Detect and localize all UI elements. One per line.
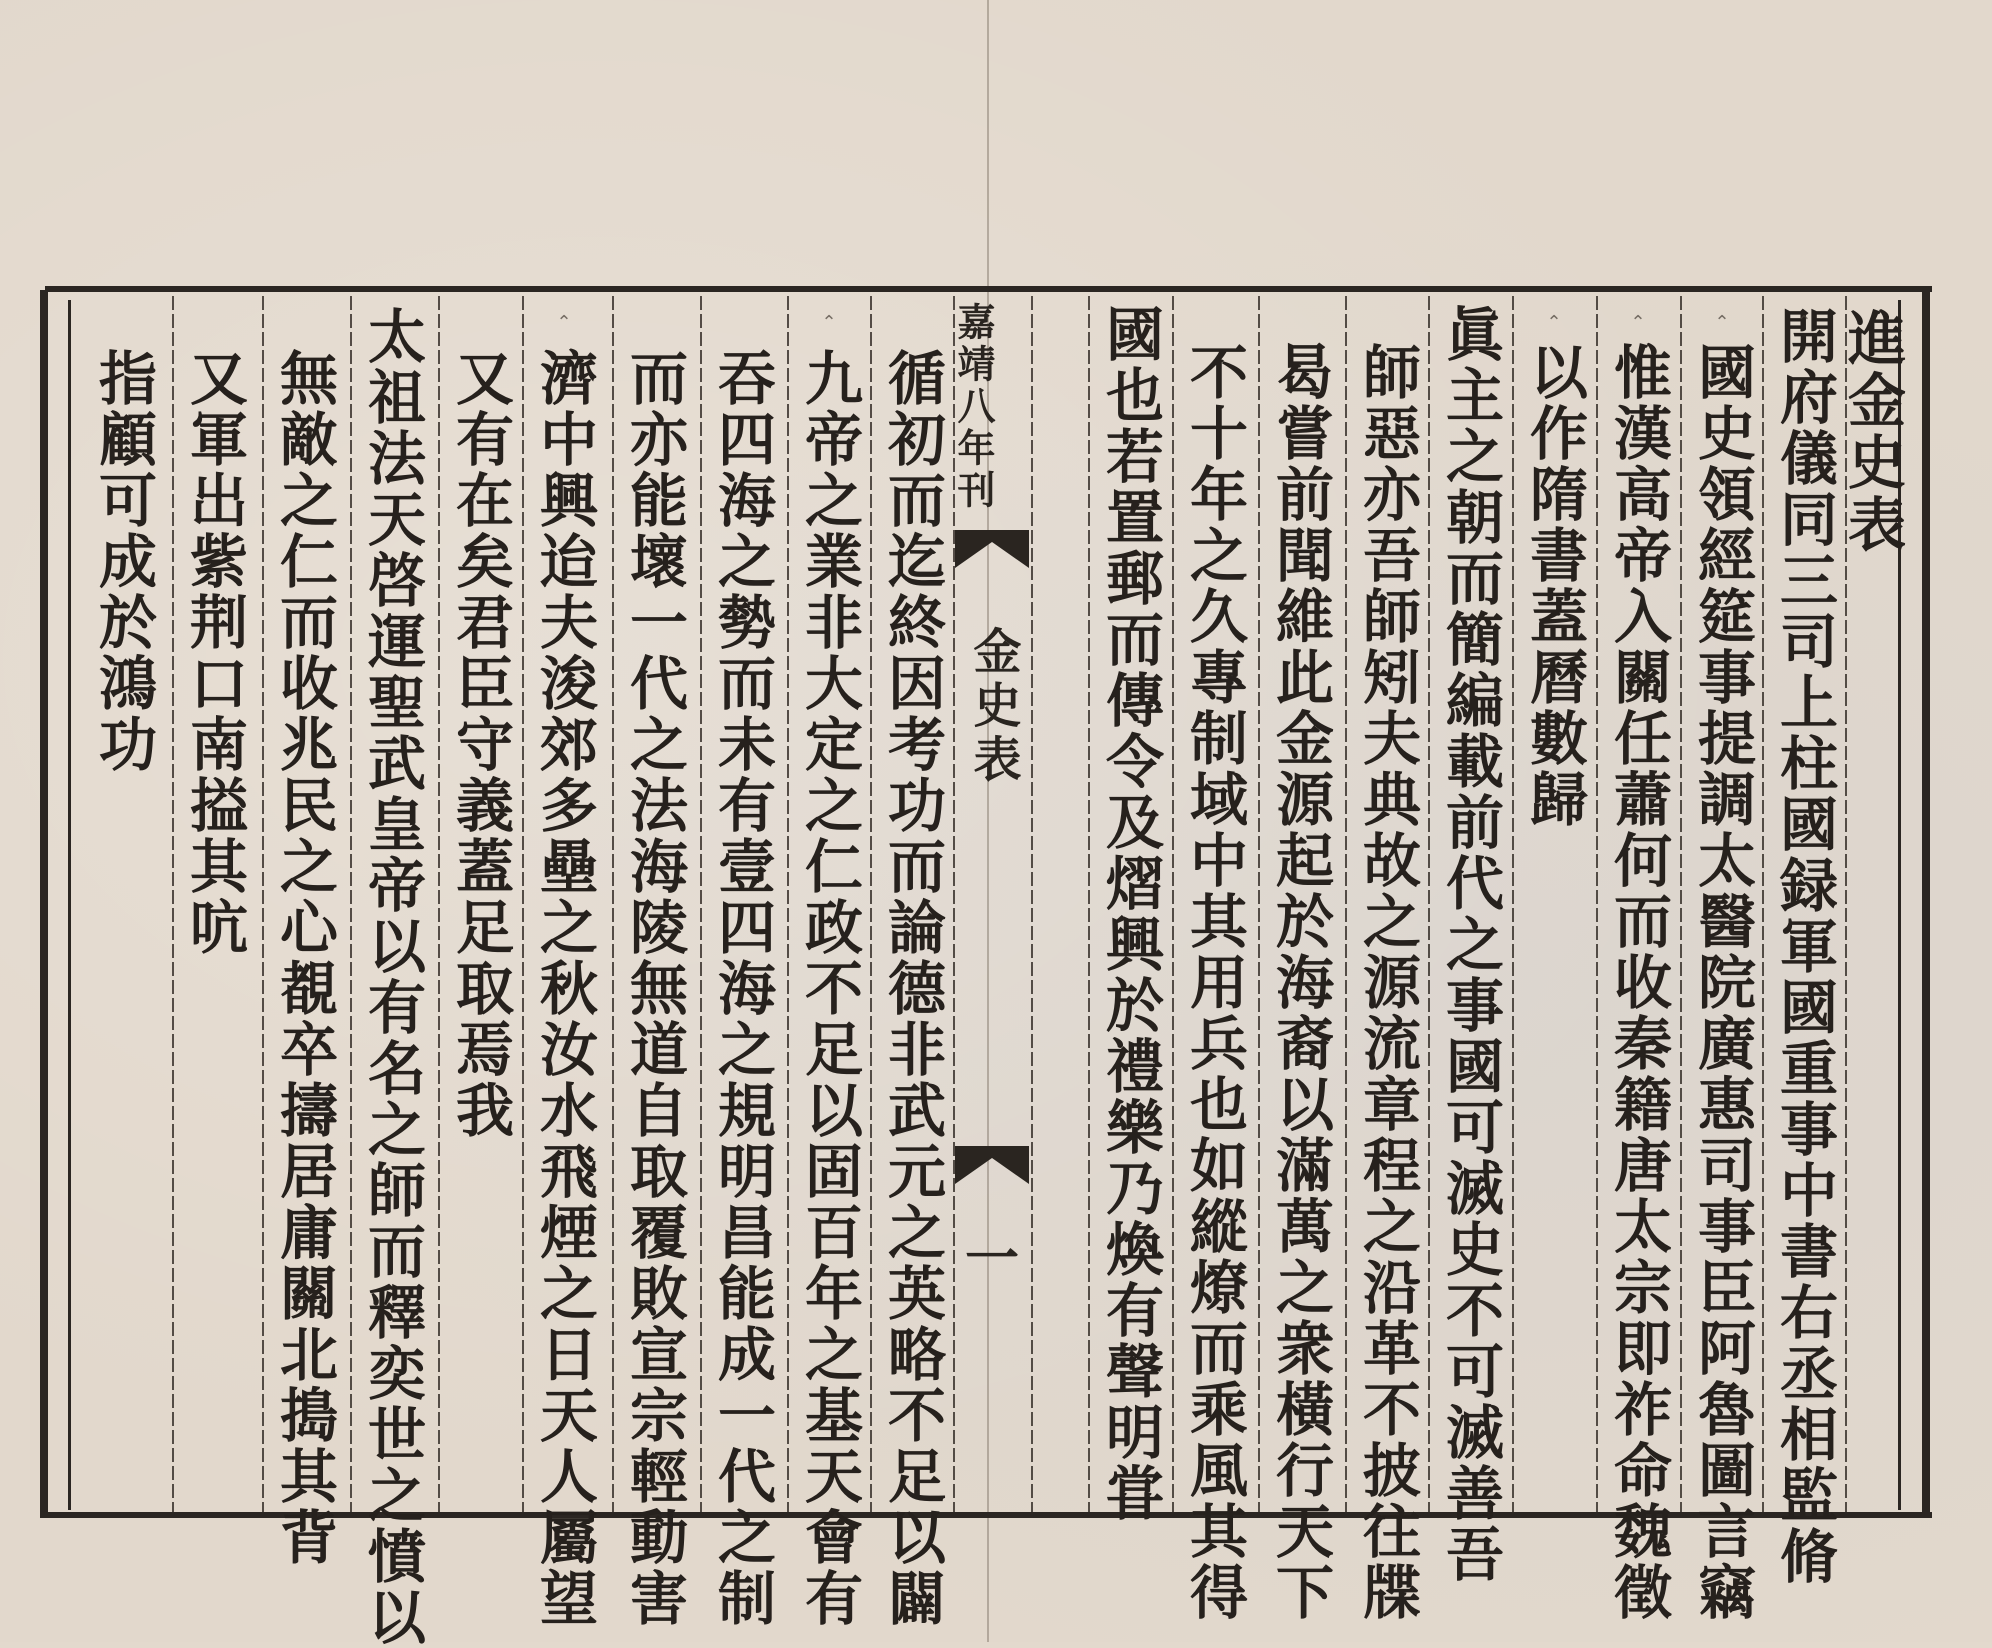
text-column: ⌃ 國史領經筵事提調太醫院廣惠司事臣阿魯圖言竊	[1682, 300, 1762, 1510]
edition-label: 嘉靖八年刊	[957, 302, 993, 512]
text-column: 眞主之朝而簡編載前代之事國可滅史不可滅善吾	[1430, 300, 1510, 1510]
text-column: ⌃ 濟中興迨夫浚郊多壘之秋汝水飛煙之日天人屬望	[524, 300, 604, 1510]
text-column: 又有在矣君臣守義蓋足取焉我	[440, 300, 520, 1510]
text-column: 不十年之久專制域中其用兵也如縱燎而乘風其得	[1174, 300, 1254, 1510]
frame-left-inner-border	[68, 300, 71, 1510]
column-mark: ⌃	[1714, 312, 1729, 333]
text-column: 循初而迄終因考功而論德非武元之英略不足以闢	[872, 300, 952, 1510]
text-column: 進金史表	[1847, 300, 1897, 1510]
column-mark: ⌃	[556, 312, 571, 333]
book-spread: 進金史表 ⌃ 開府儀同三司上柱國録軍國重事中書右丞相監脩 ⌃ 國史領經筵事提調太…	[0, 0, 1992, 1642]
text-column: 太祖法天啓運聖武皇帝以有名之師而釋奕世之憤以	[352, 300, 432, 1510]
column-mark: ⌃	[1796, 312, 1811, 333]
text-column: 師惡亦吾師矧夫典故之源流章程之沿革不披往牒	[1347, 300, 1427, 1510]
column-rule	[1031, 296, 1033, 1512]
text-column: ⌃ 九帝之業非大定之仁政不足以固百年之基天會有	[789, 300, 869, 1510]
text-column: 曷嘗前聞維此金源起於海裔以滿萬之衆橫行天下	[1260, 300, 1340, 1510]
text-column: ⌃ 開府儀同三司上柱國録軍國重事中書右丞相監脩	[1764, 300, 1844, 1510]
page-number: 一	[965, 1216, 1019, 1293]
text-column: 指顧可成於鴻功	[78, 300, 168, 1510]
lower-fishtail-icon	[953, 1144, 1031, 1186]
text-column: 吞四海之勢而未有壹四海之規明昌能成一代之制	[702, 300, 782, 1510]
center-column: 嘉靖八年刊 金史表 一	[953, 296, 1031, 1512]
text-column: 國也若置郵而傳令及熠興於禮樂乃煥有聲明甞	[1090, 300, 1170, 1510]
column-mark: ⌃	[821, 312, 836, 333]
frame-left-border	[40, 290, 48, 1518]
text-column: 又軍出紫荆口南搤其吭	[174, 300, 254, 1510]
text-column: ⌃ 惟漢高帝入關任蕭何而收秦籍唐太宗即祚命魏徵	[1598, 300, 1678, 1510]
document-title: 進金史表	[1843, 308, 1901, 556]
upper-fishtail-icon	[953, 528, 1031, 570]
text-column: 無敵之仁而收兆民之心覩卒擣居庸關北搗其背	[264, 300, 344, 1510]
column-mark: ⌃	[1546, 312, 1561, 333]
text-column: 而亦能壞一代之法海陵無道自取覆敗宣宗輕動害	[614, 300, 694, 1510]
text-column: ⌃ 以作隋書蓋曆數歸	[1514, 300, 1594, 1510]
center-title: 金史表	[967, 626, 1019, 788]
column-mark: ⌃	[1630, 312, 1645, 333]
frame-right-border	[1922, 290, 1930, 1518]
